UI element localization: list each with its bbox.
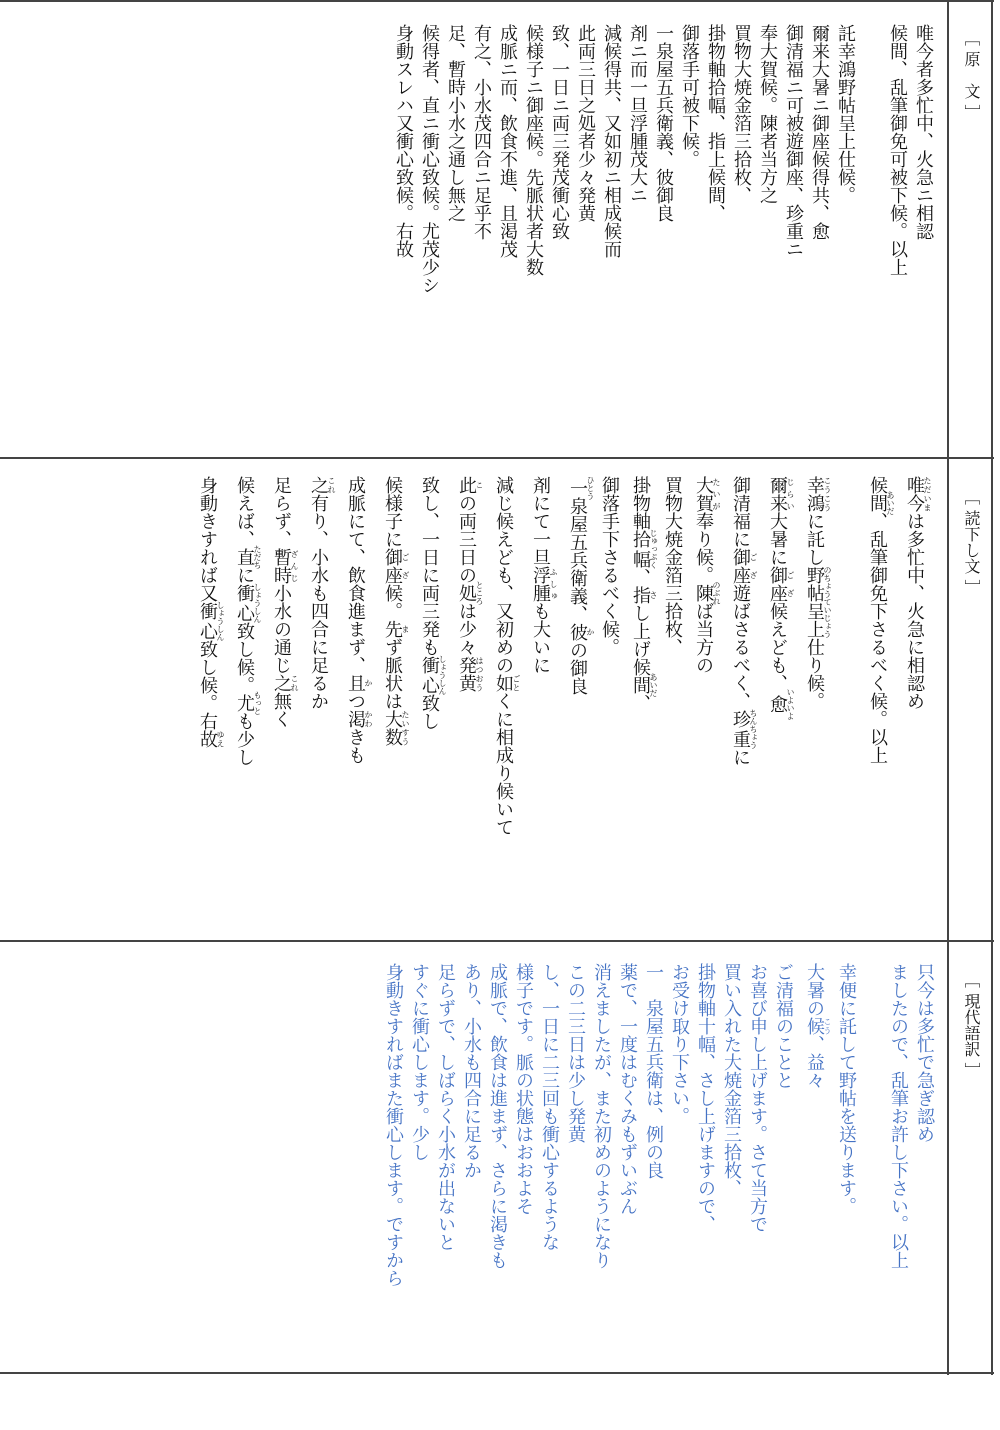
text-run: 身動きすれば又: [197, 476, 218, 602]
text-column: 御落手可被下候。: [676, 24, 702, 454]
ruby-annotation: はつおう: [475, 656, 484, 692]
text-column: 様子です。脈の状態はおおよそ: [510, 963, 536, 1363]
text-run: の両三日の: [456, 494, 477, 584]
text-column: 唯今者多忙中、火急ニ相認: [910, 24, 936, 454]
ruby-annotation: ただち: [253, 545, 262, 569]
ruby-annotation: か: [586, 623, 595, 641]
section-original: ［ 原 文 ］ 唯今者多忙中、火急ニ相認候間、乱筆御免可被下候。以上託幸鴻野帖呈…: [0, 0, 1000, 458]
ruby-text: 御座ござ: [767, 566, 788, 602]
text-column: 消えましたが、また初めのようになり: [588, 963, 614, 1363]
text-column: 足らず、暫時ざんじ小水の通じ之これ無く: [263, 476, 300, 936]
ruby-annotation: ござ: [749, 548, 758, 584]
ruby-text: 彼か: [567, 623, 588, 641]
ruby-text: 幸鴻こうこう: [804, 476, 825, 512]
ruby-text: 且か: [345, 674, 366, 692]
section-translation: ［ 現代語訳 ］ 只今は多忙で急ぎ認めましたので、乱筆お許し下さい。以上幸便に託…: [0, 942, 1000, 1373]
text-run: 致し候。右: [197, 640, 218, 730]
ruby-text: 間あいだ: [630, 676, 651, 694]
text-run: 候得者、直ニ衝心致候。尤茂少シ: [419, 24, 440, 294]
ruby-base: 発黄: [456, 656, 477, 692]
ruby-text: 珍重ちんちょう: [730, 710, 751, 748]
text-column: 候間、乱筆御免可被下候。以上: [884, 24, 910, 454]
ruby-text: 大数たいすう: [382, 710, 403, 746]
text-run: きも: [345, 728, 366, 764]
ruby-base: 御座: [767, 566, 788, 602]
text-column: あり、小水も四合に足るか: [458, 963, 484, 1363]
text-run: 掛物軸十幅、さし上げますので、: [695, 963, 716, 1233]
text-column: 身動きすればまた衝心します。ですから: [380, 963, 406, 1363]
ruby-annotation: もっと: [253, 691, 262, 715]
ruby-text: 之これ: [308, 476, 329, 494]
ruby-text: 愈いよいよ: [767, 692, 788, 720]
text-run: 候。: [382, 584, 403, 620]
text-run: 御落手下さるべく候。: [599, 476, 620, 656]
text-column: 之これ有り、小水も四合に足るか: [300, 476, 337, 936]
text-run: 剤ニ而一旦浮腫茂大ニ: [627, 24, 648, 204]
ruby-text: 故ゆえ: [197, 730, 218, 748]
ruby-text: 大賀たいが: [693, 476, 714, 512]
text-run: 幸便に託して野帖を送ります。: [836, 963, 857, 1215]
ruby-annotation: これ: [290, 674, 299, 692]
text-run: お受け取り下さい。: [669, 963, 690, 1125]
ruby-base: 御座: [382, 548, 403, 584]
ruby-annotation: かわ: [364, 710, 373, 728]
text-column: 一ひとう泉屋五兵衛義、彼かの御良: [559, 476, 596, 936]
blank-column: [858, 24, 884, 454]
text-column: 掛物軸拾幅、指上候間、: [702, 24, 728, 454]
ruby-annotation: こうこう: [823, 476, 832, 512]
text-column: 掛物軸拾幅じゅっぷく、指さし上げ候間あいだ、: [622, 476, 659, 936]
ruby-text: 衝心しょうしん: [197, 602, 218, 640]
text-run: 薬で、一度はむくみもずいぶん: [617, 963, 638, 1215]
ruby-annotation: のぶれ: [712, 581, 721, 605]
text-column: 只今は多忙で急ぎ認め: [911, 963, 937, 1363]
text-run: 致、一日ニ両三発茂衝心致: [549, 24, 570, 240]
ruby-annotation: あいだ: [649, 673, 658, 697]
ruby-text: 直ただち: [234, 548, 255, 566]
ruby-base: 爾来: [767, 476, 788, 512]
ruby-annotation: たいが: [712, 476, 721, 512]
text-run: 足、暫時小水之通し無之: [445, 24, 466, 222]
text-run: 小水の通じ: [271, 584, 292, 674]
ruby-text: 指さ: [630, 586, 651, 604]
ruby-text: 一ひとう: [567, 476, 588, 497]
text-run: 大暑の: [804, 963, 825, 1017]
text-column: 成脈にて、飲食進まず、且かつ渇かわきも: [337, 476, 374, 936]
ruby-annotation: ところ: [475, 581, 484, 605]
ruby-annotation: ござ: [786, 566, 795, 602]
ruby-base: 野帖呈上: [804, 566, 825, 638]
text-column: 大賀たいが奉り候。陳のぶれば当方の: [685, 476, 722, 936]
ruby-base: 大数: [382, 710, 403, 746]
text-run: 身動きすればまた衝心します。ですから: [383, 963, 404, 1287]
text-run: も大いに: [530, 602, 551, 674]
text-column: 一泉屋五兵衛義、彼御良: [650, 24, 676, 454]
text-run: 致し、一日に両三発も: [419, 476, 440, 656]
text-column: 御落手下さるべく候。: [596, 476, 622, 936]
text-column: 候様子ニ御座候。先脈状者大数: [520, 24, 546, 454]
text-column: 致し、一日に両三発も衝心しょうしん致し: [411, 476, 448, 936]
text-run: ず脈状は: [382, 638, 403, 710]
text-run: 候様子ニ御座候。先脈状者大数: [523, 24, 544, 276]
section-reading: ［ 読下し文 ］ 唯今ただいまは多忙中、火急に相認め候間あいだ、乱筆御免下さるべ…: [0, 459, 1000, 941]
ruby-annotation: じゅっぷく: [649, 529, 658, 569]
ruby-annotation: ごと: [512, 674, 521, 692]
text-run: に: [730, 748, 751, 766]
ruby-annotation: ひとう: [586, 476, 595, 500]
text-run: 奉り候。: [693, 512, 714, 584]
original-text-body: 唯今者多忙中、火急ニ相認候間、乱筆御免可被下候。以上託幸鴻野帖呈上仕候。爾来大暑…: [390, 24, 936, 454]
text-run: 有之、小水茂四合ニ足乎不: [471, 24, 492, 240]
blank-column: [833, 476, 859, 936]
text-run: に託し: [804, 512, 825, 566]
ruby-text: 拾幅じゅっぷく: [630, 530, 651, 568]
text-run: に: [234, 566, 255, 584]
text-column: 一 泉屋五兵衛は、例の良: [640, 963, 666, 1363]
text-run: は少々: [456, 602, 477, 656]
text-run: 御清福に: [730, 476, 751, 548]
text-run: 御清福ニ可被遊御座、珍重ニ: [783, 24, 804, 258]
text-run: 致し候。: [234, 622, 255, 694]
ruby-annotation: しょうしん: [438, 655, 447, 695]
text-run: ば当方の: [693, 602, 714, 674]
ruby-text: 暫時ざんじ: [271, 548, 292, 584]
ruby-annotation: ゆえ: [216, 730, 225, 748]
text-run: 候えども、: [767, 602, 788, 692]
text-run: 唯今者多忙中、火急ニ相認: [913, 24, 934, 240]
ruby-base: 如: [493, 674, 514, 692]
text-run: すぐに衝心します。少し: [409, 963, 430, 1161]
ruby-base: 故: [197, 730, 218, 748]
text-run: 、: [630, 694, 651, 712]
text-run: あり、小水も四合に足るか: [461, 963, 482, 1179]
text-run: 様子です。脈の状態はおおよそ: [513, 963, 534, 1215]
ruby-text: 処ところ: [456, 584, 477, 602]
text-run: 身動スレハ又衝心致候。右故: [393, 24, 414, 258]
text-column: お受け取り下さい。: [666, 963, 692, 1363]
text-run: 遊ばさるべく、: [730, 584, 751, 710]
ruby-base: 御座: [730, 548, 751, 584]
text-column: すぐに衝心します。少し: [406, 963, 432, 1363]
text-run: 仕り候。: [804, 638, 825, 710]
ruby-base: 衝心: [419, 655, 440, 695]
ruby-text: 陳のぶれ: [693, 584, 714, 602]
text-column: 有之、小水茂四合ニ足乎不: [468, 24, 494, 454]
ruby-text: 之これ: [271, 674, 292, 692]
text-run: 買物大焼金箔三拾枚、: [731, 24, 752, 204]
text-run: 有り、小水も四合に足るか: [308, 494, 329, 710]
text-column: 候得者、直ニ衝心致候。尤茂少シ: [416, 24, 442, 454]
text-column: 此この両三日の処ところは少々発黄はつおう: [448, 476, 485, 936]
ruby-annotation: ただいま: [923, 476, 932, 512]
text-column: 身動スレハ又衝心致候。右故: [390, 24, 416, 454]
text-run: 減じ候えども、又初めの: [493, 476, 514, 674]
text-column: し、一日に二三回も衝心するような: [536, 963, 562, 1363]
ruby-annotation: ま: [401, 620, 410, 638]
ruby-annotation: こ: [475, 476, 484, 494]
text-run: 致し: [419, 694, 440, 730]
ruby-annotation: さ: [649, 586, 658, 604]
text-run: つ: [345, 692, 366, 710]
ruby-base: 幸鴻: [804, 476, 825, 512]
ruby-annotation: こう: [823, 1017, 832, 1035]
ruby-text: 浮腫ふしゅ: [530, 566, 551, 602]
text-column: 爾来大暑ニ御座候得共、愈: [806, 24, 832, 454]
text-column: ましたので、乱筆お許し下さい。以上: [885, 963, 911, 1363]
ruby-text: 先ま: [382, 620, 403, 638]
text-column: 候間あいだ、乱筆御免下さるべく候。以上: [859, 476, 896, 936]
text-column: 御清福ニ可被遊御座、珍重ニ: [780, 24, 806, 454]
text-run: 掛物軸拾幅、指上候間、: [705, 24, 726, 222]
text-run: 奉大賀候。陳者当方之: [757, 24, 778, 204]
text-column: 買物大焼金箔三拾枚、: [728, 24, 754, 454]
text-column: 買い入れた大焼金箔三拾枚、: [718, 963, 744, 1363]
text-run: 剤にて一旦: [530, 476, 551, 566]
ruby-base: 之: [308, 476, 329, 494]
ruby-text: 間あいだ: [867, 494, 888, 512]
text-run: 一泉屋五兵衛義、彼御良: [653, 24, 674, 222]
text-column: お喜び申し上げます。さて当方で: [744, 963, 770, 1363]
text-column: 足、暫時小水之通し無之: [442, 24, 468, 454]
text-run: 候間、乱筆御免可被下候。以上: [887, 24, 908, 276]
text-run: 買い入れた大焼金箔三拾枚、: [721, 963, 742, 1197]
ruby-text: 如ごと: [493, 674, 514, 692]
text-run: 成脈にて、飲食進まず、: [345, 476, 366, 674]
text-run: 掛物軸: [630, 476, 651, 530]
text-column: 成脈で、飲食は進まず、さらに渇きも: [484, 963, 510, 1363]
reading-text-body: 唯今ただいまは多忙中、火急に相認め候間あいだ、乱筆御免下さるべく候。以上幸鴻こう…: [189, 476, 933, 936]
ruby-annotation: のちょうていじょう: [823, 566, 832, 638]
text-column: 剤ニ而一旦浮腫茂大ニ: [624, 24, 650, 454]
text-run: 、益々: [804, 1035, 825, 1089]
text-column: 掛物軸十幅、さし上げますので、: [692, 963, 718, 1363]
text-run: 、乱筆御免下さるべく候。以上: [867, 512, 888, 764]
text-run: 消えましたが、また初めのようになり: [591, 963, 612, 1269]
text-run: 大暑に: [767, 512, 788, 566]
ruby-annotation: しょうしん: [216, 601, 225, 641]
text-run: 候えば、: [234, 476, 255, 548]
ruby-text: 候こう: [804, 1017, 825, 1035]
text-run: 只今は多忙で急ぎ認め: [914, 963, 935, 1143]
section-label: ［ 現代語訳 ］: [950, 942, 992, 1372]
section-label: ［ 読下し文 ］: [950, 459, 992, 929]
translation-text-body: 只今は多忙で急ぎ認めましたので、乱筆お許し下さい。以上幸便に託して野帖を送ります…: [380, 963, 937, 1363]
ruby-base: 珍重: [730, 709, 751, 749]
text-column: 爾来じらい大暑に御座ござ候えども、愈いよいよ: [759, 476, 796, 936]
text-run: 足らずで、しばらく小水が出ないと: [435, 963, 456, 1251]
ruby-annotation: ござ: [401, 548, 410, 584]
text-column: 候えば、直ただちに衝心しょうしん致し候。尤もっとも少し: [226, 476, 263, 936]
text-column: 成脈ニ而、飲食不進、且渇茂: [494, 24, 520, 454]
text-run: 御落手可被下候。: [679, 24, 700, 168]
text-column: 幸鴻こうこうに託し野帖呈上のちょうていじょう仕り候。: [796, 476, 833, 936]
ruby-base: 渇: [345, 710, 366, 728]
text-column: 身動きすれば又衝心しょうしん致し候。右故ゆえ: [189, 476, 226, 936]
text-column: 薬で、一度はむくみもずいぶん: [614, 963, 640, 1363]
ruby-annotation: ちんちょう: [749, 709, 758, 749]
ruby-text: 爾来じらい: [767, 476, 788, 512]
text-run: し上げ候: [630, 604, 651, 676]
text-run: 成脈ニ而、飲食不進、且渇茂: [497, 24, 518, 258]
ruby-base: 愈: [767, 688, 788, 720]
text-column: ご清福のことと: [770, 963, 796, 1363]
text-run: 泉屋五兵衛義、: [567, 497, 588, 623]
ruby-base: 大賀: [693, 476, 714, 512]
ruby-annotation: じらい: [786, 476, 795, 512]
text-run: お喜び申し上げます。さて当方で: [747, 963, 768, 1233]
text-run: 成脈で、飲食は進まず、さらに渇きも: [487, 963, 508, 1269]
ruby-text: 此こ: [456, 476, 477, 494]
text-column: 減候得共、又如初ニ相成候而: [598, 24, 624, 454]
ruby-text: 渇かわ: [345, 710, 366, 728]
text-run: 一 泉屋五兵衛は、例の良: [643, 963, 664, 1179]
ruby-annotation: あいだ: [886, 491, 895, 515]
ruby-text: 唯今ただいま: [904, 476, 925, 512]
ruby-base: 彼: [567, 623, 588, 641]
ruby-annotation: いよいよ: [786, 688, 795, 720]
text-run: ご清福のことと: [773, 963, 794, 1089]
ruby-text: 野帖呈上のちょうていじょう: [804, 566, 825, 638]
ruby-annotation: たいすう: [401, 710, 410, 746]
text-column: 此両三日之処者少々発黄: [572, 24, 598, 454]
text-run: くに相成り候いて: [493, 692, 514, 836]
text-run: 足らず、: [271, 476, 292, 548]
ruby-base: 拾幅: [630, 529, 651, 569]
ruby-annotation: これ: [327, 476, 336, 494]
ruby-text: 御座ござ: [382, 548, 403, 584]
text-column: 幸便に託して野帖を送ります。: [833, 963, 859, 1363]
ruby-text: 御座ござ: [730, 548, 751, 584]
text-column: 買物大焼金箔三拾枚、: [659, 476, 685, 936]
ruby-text: 衝心しょうしん: [234, 584, 255, 622]
text-run: 爾来大暑ニ御座候得共、愈: [809, 24, 830, 240]
text-run: し、一日に二三回も衝心するような: [539, 963, 560, 1251]
ruby-base: 此: [456, 476, 477, 494]
text-column: 奉大賀候。陳者当方之: [754, 24, 780, 454]
text-column: この二三日は少し発黄: [562, 963, 588, 1363]
ruby-base: 指: [630, 586, 651, 604]
ruby-text: 発黄はつおう: [456, 656, 477, 692]
text-column: 減じ候えども、又初めの如ごとくに相成り候いて: [485, 476, 522, 936]
text-run: 減候得共、又如初ニ相成候而: [601, 24, 622, 258]
ruby-base: 之: [271, 674, 292, 692]
text-column: 剤にて一旦浮腫ふしゅも大いに: [522, 476, 559, 936]
ruby-base: 唯今: [904, 476, 925, 512]
text-run: 、: [630, 568, 651, 586]
text-run: 託幸鴻野帖呈上仕候。: [835, 24, 856, 204]
text-run: の御良: [567, 641, 588, 695]
ruby-annotation: しょうしん: [253, 583, 262, 623]
ruby-text: 尤もっと: [234, 694, 255, 712]
text-run: 買物大焼金箔三拾枚、: [662, 476, 683, 656]
ruby-annotation: ざんじ: [290, 548, 299, 584]
text-run: 無く: [271, 692, 292, 728]
section-label: ［ 原 文 ］: [950, 0, 992, 450]
ruby-base: 衝心: [197, 601, 218, 641]
text-run: 此両三日之処者少々発黄: [575, 24, 596, 222]
ruby-base: 浮腫: [530, 566, 551, 602]
ruby-base: 候: [804, 1017, 825, 1035]
text-run: は多忙中、火急に相認め: [904, 512, 925, 710]
text-column: 御清福に御座ござ遊ばさるべく、珍重ちんちょうに: [722, 476, 759, 936]
text-run: この二三日は少し発黄: [565, 963, 586, 1143]
ruby-base: 衝心: [234, 583, 255, 623]
blank-column: [859, 963, 885, 1363]
text-column: 足らずで、しばらく小水が出ないと: [432, 963, 458, 1363]
text-run: ましたので、乱筆お許し下さい。以上: [888, 963, 909, 1269]
ruby-text: 衝心しょうしん: [419, 656, 440, 694]
ruby-base: 先: [382, 620, 403, 638]
text-column: 託幸鴻野帖呈上仕候。: [832, 24, 858, 454]
ruby-base: 暫時: [271, 548, 292, 584]
text-column: 大暑の候こう、益々: [796, 963, 833, 1363]
text-column: 候様子に御座ござ候。先まず脈状は大数たいすう: [374, 476, 411, 936]
ruby-annotation: ふしゅ: [549, 566, 558, 602]
text-column: 唯今ただいまは多忙中、火急に相認め: [896, 476, 933, 936]
text-column: 致、一日ニ両三発茂衝心致: [546, 24, 572, 454]
text-run: 候様子に: [382, 476, 403, 548]
text-run: も少し: [234, 712, 255, 766]
ruby-annotation: か: [364, 674, 373, 692]
ruby-base: 且: [345, 674, 366, 692]
